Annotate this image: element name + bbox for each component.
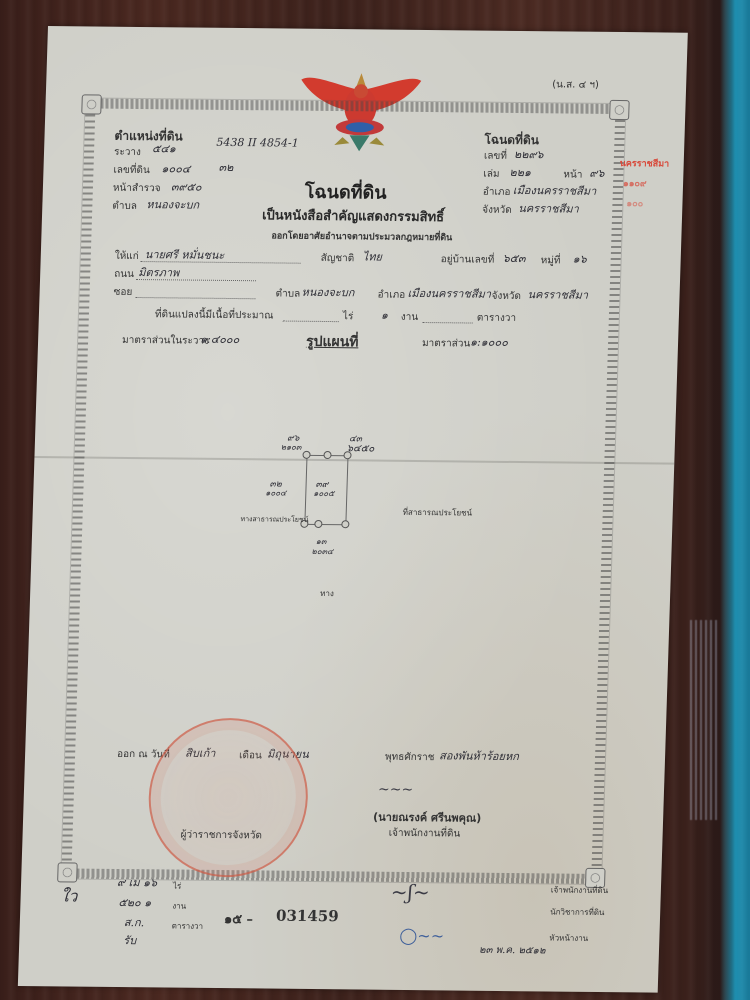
amphoe-value: เมืองนครราชสีมา: [513, 181, 597, 200]
parcel-sub: ๖๔๕๐: [346, 441, 374, 456]
survey-page: ๓๙๕๐: [171, 177, 202, 195]
document-subtitle: เป็นหนังสือสำคัญแสดงกรรมสิทธิ์: [262, 204, 445, 227]
parcel-sub: ๑๐๐๕: [313, 487, 334, 500]
west-note: ทางสาธารณประโยชน์: [240, 514, 308, 526]
field-label: ถนน: [114, 267, 134, 282]
scale-sheet-label: มาตราส่วนในระวาง: [122, 333, 209, 349]
ngan-value: ๑: [381, 306, 389, 324]
right-label: นักวิชาการที่ดิน: [550, 906, 605, 920]
house-number: ๖๕๓: [502, 249, 525, 267]
parcel-sub: ๒๐๓๔: [311, 545, 333, 558]
field-label: หมู่ที่: [540, 253, 560, 268]
province-value: นครราชสีมา: [527, 285, 588, 304]
map-heading: รูปแผนที่: [306, 331, 359, 354]
amphoe-value: เมืองนครราชสีมา: [407, 284, 491, 303]
field-label: เล่ม: [483, 167, 500, 182]
scale-label: มาตราส่วน: [422, 336, 471, 352]
serial-number: 031459: [276, 907, 339, 926]
field-label: อำเภอ: [483, 185, 511, 200]
field-label: ให้แก่: [115, 249, 139, 264]
field-label: ตำบล: [112, 199, 137, 214]
issue-year: สองพันห้าร้อยหก: [439, 746, 519, 765]
field-label: จังหวัด: [482, 203, 512, 218]
right-label: หัวหน้างาน: [549, 932, 588, 945]
land-title-deed: (น.ส. ๔ ฯ) ตำแหน่งที่ดิน ระวาง ๕๔๑ 5438 …: [18, 26, 688, 993]
side-stamp-number: ๑๐๐: [626, 196, 643, 210]
tambon-value: หนองจะบก: [301, 283, 354, 302]
authority-line: ออกโดยอาศัยอำนาจตามประมวลกฎหมายที่ดิน: [271, 228, 452, 244]
lower-label: ไร่: [173, 880, 182, 893]
governor-title: ผู้ว่าราชการจังหวัด: [180, 828, 262, 844]
field-label: อำเภอ: [377, 288, 405, 303]
field-label: เลขที่: [484, 149, 507, 164]
right-date-note: ๒๓ พ.ค. ๒๕๑๒: [479, 943, 546, 959]
serial-prefix: ๑๕ –: [224, 908, 254, 929]
south-note: ทาง: [320, 587, 334, 600]
corner-ornament-icon: [81, 94, 102, 114]
lower-note: ส.ก.: [124, 913, 145, 931]
scale-value: ๑:๑๐๐๐: [470, 333, 508, 351]
nationality-value: ไทย: [362, 247, 382, 265]
side-stamp-province: นครราชสีมา: [620, 156, 670, 171]
parcel-number: ๑๐๐๔: [161, 159, 190, 177]
tambon-value: หนองจะบก: [146, 195, 199, 214]
field-label: พุทธศักราช: [385, 750, 435, 766]
corner-ornament-icon: [609, 100, 630, 120]
right-label: เจ้าพนักงานที่ดิน: [551, 884, 609, 898]
lower-note: รับ: [123, 931, 136, 949]
lower-note: ๙ เม ๑๖: [117, 873, 158, 891]
parcel-sub: ๑๐๐๔: [265, 486, 286, 499]
initial-mark: ใว: [60, 884, 78, 909]
blue-signature: ◯~~: [399, 926, 444, 945]
officer-title: เจ้าพนักงานที่ดิน: [388, 826, 460, 842]
officer-signature: ~~~: [378, 782, 414, 798]
field-label: สัญชาติ: [320, 251, 354, 266]
field-label: อยู่บ้านเลขที่: [440, 252, 494, 268]
wa-label: ตารางวา: [477, 311, 517, 326]
corner-ornament-icon: [57, 862, 78, 882]
field-label: ซอย: [113, 285, 132, 300]
field-label: หน้า: [563, 167, 583, 182]
moo-value: ๑๖: [572, 250, 587, 268]
parcel-note: ๓๒: [218, 158, 233, 176]
field-label: หน้าสำรวจ: [113, 181, 161, 196]
province-value: นครราชสีมา: [518, 199, 579, 218]
scale-sheet-value: ๑:๔๐๐๐: [200, 330, 240, 348]
area-intro: ที่ดินแปลงนี้มีเนื้อที่ประมาณ: [155, 307, 274, 323]
lower-label: ตารางวา: [172, 920, 204, 933]
field-label: ระวาง: [114, 145, 141, 160]
side-stamp-number: ๑๑๐๙: [623, 176, 647, 190]
form-code: (น.ส. ๔ ฯ): [552, 77, 599, 92]
book-number: ๒๒๑: [509, 163, 531, 181]
ngan-label: งาน: [401, 310, 419, 325]
field-label: เลขที่ดิน: [113, 163, 150, 178]
field-label: จังหวัด: [491, 289, 521, 304]
east-note: ที่สาธารณประโยชน์: [403, 506, 473, 520]
deed-number: ๒๒๙๖: [514, 145, 544, 163]
field-label: ตำบล: [275, 286, 300, 301]
sheet-value: ๕๔๑: [152, 139, 176, 157]
officer-name: (นายณรงค์ ศรีนพคุณ): [373, 808, 482, 827]
document-title: โฉนดที่ดิน: [304, 177, 387, 207]
light-glare: [690, 620, 720, 820]
sheet-note: 5438 II 4854-1: [216, 136, 299, 150]
lower-note: ๕๒๐ ๑: [118, 893, 151, 911]
lower-label: งาน: [172, 900, 186, 913]
lower-signature: ~ʃ~: [390, 880, 430, 904]
rai-label: ไร่: [343, 309, 354, 324]
page-number: ๙๖: [589, 164, 605, 182]
parcel-sub: ๒๑๐๓: [281, 441, 302, 454]
